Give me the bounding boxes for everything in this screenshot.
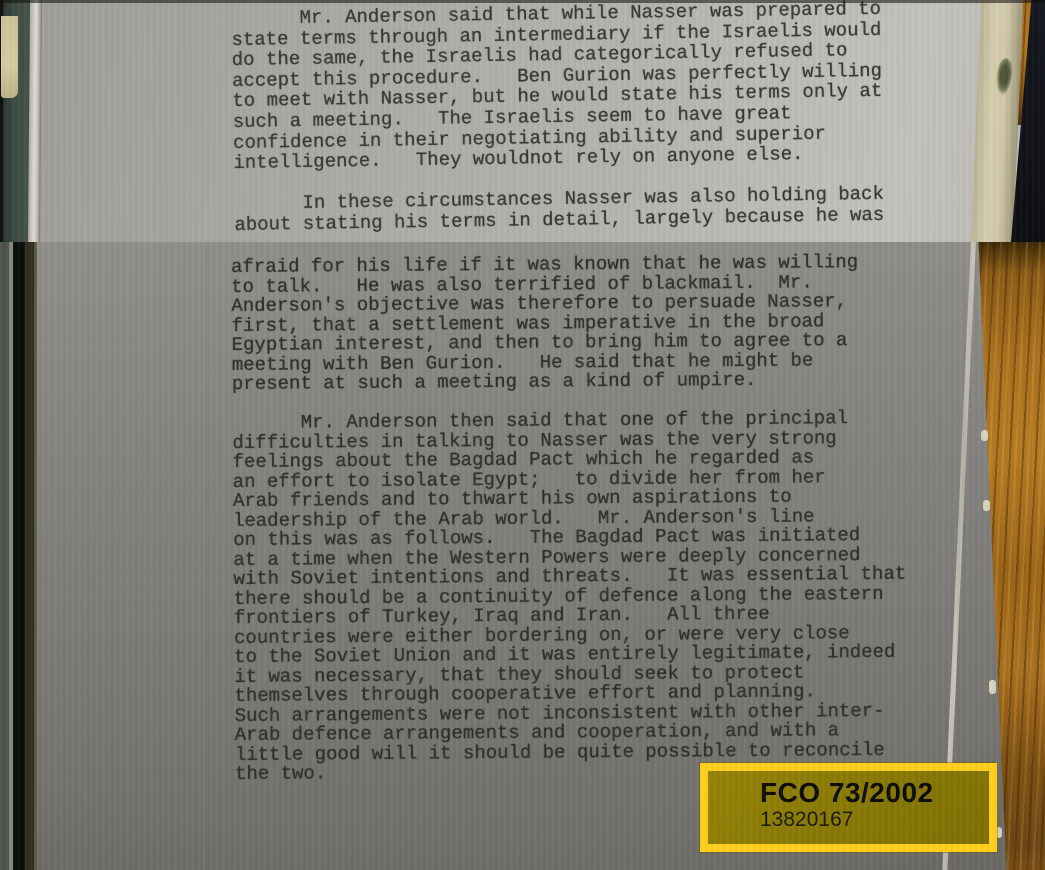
archive-reference-label: FCO 73/2002 13820167 (700, 763, 997, 852)
binding-band (25, 242, 34, 870)
paper-chip (989, 680, 996, 694)
binding-band (34, 242, 37, 870)
paper-chip (983, 500, 990, 511)
archive-reference-number: FCO 73/2002 (708, 771, 989, 808)
binding-band (13, 242, 25, 870)
page-edge-left (28, 0, 42, 244)
archive-barcode-number: 13820167 (708, 808, 989, 832)
typewritten-text-top-page: Mr. Anderson said that while Nasser was … (231, 0, 884, 236)
photographed-document-stage: Mr. Anderson said that while Nasser was … (0, 0, 1045, 870)
paper-fold-line (203, 242, 206, 870)
top-page-photo: Mr. Anderson said that while Nasser was … (0, 0, 1045, 245)
folder-tab (1, 16, 18, 98)
typewritten-text-bottom-page: afraid for his life if it was known that… (231, 253, 908, 785)
paper-chip (981, 430, 988, 441)
binding-band (0, 242, 9, 870)
bottom-page-photo: afraid for his life if it was known that… (0, 242, 1045, 870)
